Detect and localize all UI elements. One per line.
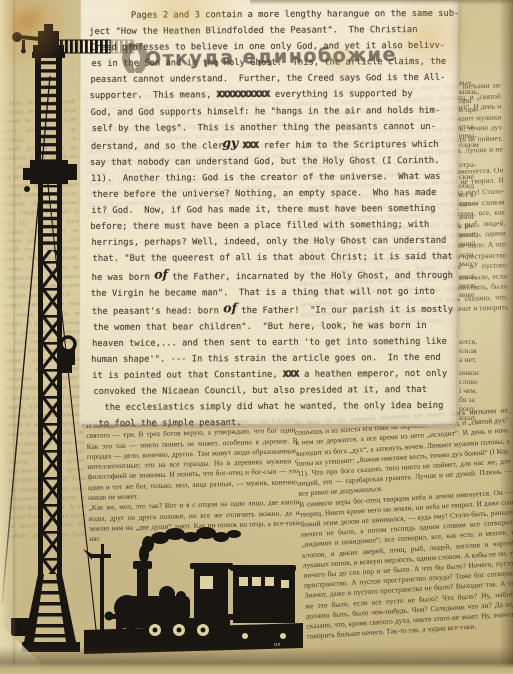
typed-segment: the Father! "In our parish it is mostly	[236, 304, 453, 315]
typed-line: self by the legs". This is another thing…	[92, 118, 463, 136]
typed-segment: that. "But the queerest of all is that a…	[93, 252, 453, 264]
printed-column-right: но ведь он же никакой оболочки не имеет.…	[294, 405, 513, 642]
typed-line: he was born of the Father, incarnated by…	[92, 265, 464, 285]
page-edge-left	[0, 0, 14, 674]
handwritten-insert: of	[154, 266, 168, 281]
typed-segment: Pages 2 and 3 contain a more lengthy har…	[131, 9, 459, 21]
handwritten-insert: gy	[222, 135, 238, 150]
typed-text-block: Pages 2 and 3 contain a more lengthy har…	[90, 6, 465, 433]
handwritten-insert: of	[223, 300, 237, 315]
typed-line: to fool the simple peasant.	[91, 414, 464, 432]
typed-segment: es in the Son and in the Holy Ghost. Thi…	[91, 57, 446, 69]
typed-segment: convoked the Nicaean Council, but also p…	[93, 385, 427, 397]
typed-line: supporter. This means, XXXXXXXXXX everyt…	[89, 86, 462, 104]
tower-base	[11, 574, 80, 652]
typed-segment: peasant cannot understand. Further, the …	[90, 73, 445, 85]
smoke-puffs	[139, 527, 241, 563]
typed-segment: Creed professes to believe in one only G…	[90, 41, 445, 53]
signal-tower-illustration	[0, 18, 140, 668]
tower-top-lamp	[12, 24, 64, 54]
typed-segment: 11). Another thing: God is the creator o…	[91, 172, 441, 184]
typed-line: derstand, and so the clergy XXX refer hi…	[91, 134, 463, 154]
typed-segment: self by the legs". This is another thing…	[92, 122, 436, 134]
typed-segment: the Father, incarnated by the Holy Ghost…	[167, 270, 453, 282]
page-edge-bottom	[0, 646, 513, 674]
typed-line: that. "But the queerest of all is that a…	[92, 249, 463, 267]
typed-line: the ecclesiastics simply did what he wan…	[92, 398, 464, 416]
typed-segment: before; there must have been a place fil…	[90, 220, 429, 232]
typed-segment: God, and God supports himself: he "hangs…	[91, 105, 441, 117]
book-page-photo: И выходит: в бога отца верую — раз, и сы…	[0, 0, 513, 674]
typed-segment: heaven twice,... and then sent to earth …	[92, 337, 447, 349]
typed-strikeout: XXX	[243, 141, 259, 151]
semaphore-arm	[57, 40, 134, 53]
typed-segment: a heathen emperor, not only	[299, 369, 447, 380]
typed-segment: it? God. Now, if God has made it, there …	[91, 204, 435, 216]
typed-segment: the Virgin he became man". That is a thi…	[91, 286, 435, 298]
typed-line: the peasant's head: born of the Father! …	[92, 299, 464, 319]
typed-segment: human shape'". --- In this strain the ar…	[91, 353, 441, 365]
typed-segment: herrings, perhaps? Well, indeed, only th…	[91, 236, 446, 248]
typed-segment: the women that bear children". "But here…	[93, 321, 427, 333]
page-edge-top	[250, 0, 513, 5]
typed-segment: the ecclesiastics simply did what he wan…	[104, 401, 443, 413]
typed-line: the Virgin he became man". That is a thi…	[91, 283, 464, 301]
typed-segment: there before the universe? Nothing, an e…	[92, 188, 436, 200]
typed-strikeout: XXX	[283, 370, 299, 380]
typed-strikeout: XXXXXXXXXX	[217, 90, 270, 100]
page-edge-right	[499, 0, 513, 674]
page-crease	[13, 0, 17, 674]
tower-lattice-mast	[38, 250, 62, 574]
typed-segment: refer him to the Scriptures which	[258, 140, 438, 151]
typed-line: God, and God supports himself: he "hangs…	[91, 102, 463, 120]
typed-segment: say that nobody can understand God, but …	[90, 156, 440, 168]
typed-segment: everything is supported by	[270, 89, 413, 100]
